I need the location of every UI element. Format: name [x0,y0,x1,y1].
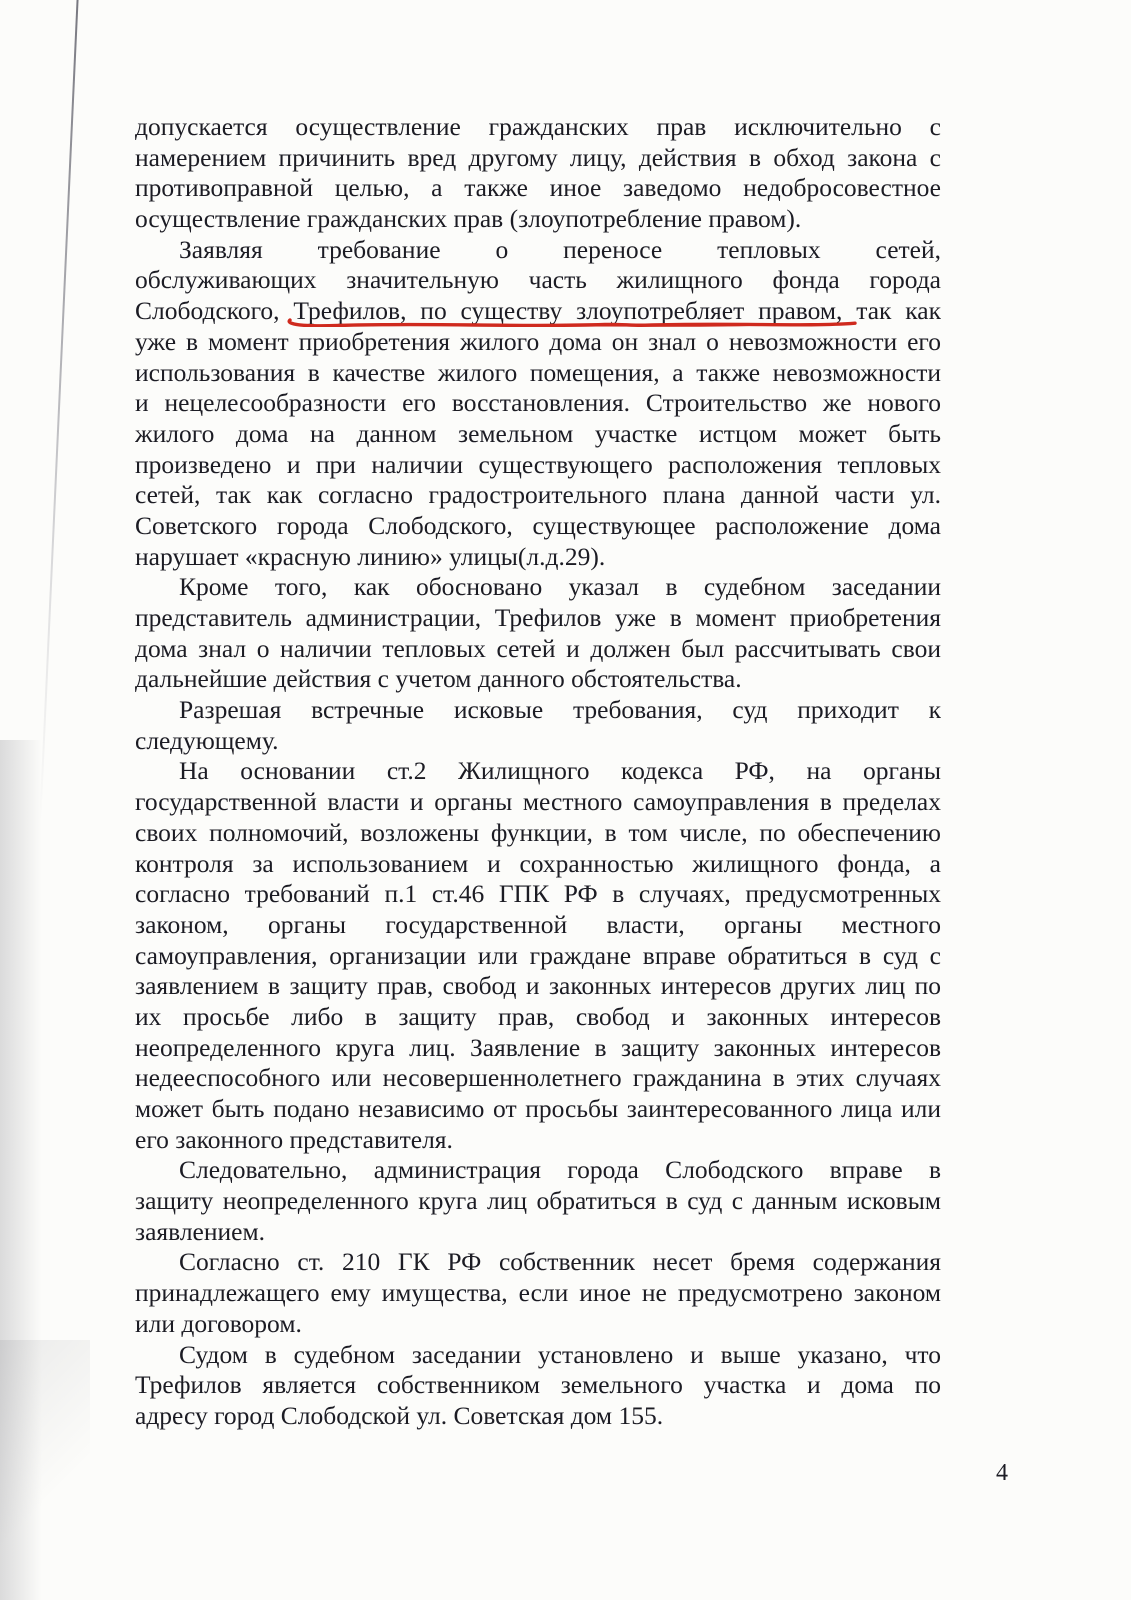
text-line: заявлением. [135,1217,941,1248]
text-line: Трефилов является собственником земельно… [135,1370,941,1401]
text-line: Советского города Слободского, существую… [135,511,941,542]
text-line: намерением причинить вред другому лицу, … [135,143,941,174]
underlined-text: Трефилов, по существу злоупотребляет пра… [293,296,842,325]
text-line: уже в момент приобретения жилого дома он… [135,327,941,358]
text-line: защиту неопределенного круга лиц обратит… [135,1186,941,1217]
text-line: произведено и при наличии существующего … [135,450,941,481]
text-line: Заявляя требование о переносе тепловых с… [135,235,941,266]
text-line: может быть подано независимо от просьбы … [135,1094,941,1125]
text-line: самоуправления, организации или граждане… [135,941,941,972]
text-line: Следовательно, администрация города Слоб… [135,1155,941,1186]
text-segment: Слободского, [135,296,280,325]
text-line: принадлежащего ему имущества, если иное … [135,1278,941,1309]
paragraph-2: Заявляя требование о переносе тепловых с… [135,235,941,573]
page-number: 4 [996,1460,1008,1487]
text-line: или договором. [135,1309,941,1340]
text-line: Разрешая встречные исковые требования, с… [135,695,941,726]
text-line: законом, органы государственной власти, … [135,910,941,941]
text-line-with-annotation: Слободского, Трефилов, по существу злоуп… [135,296,941,327]
scanned-court-document-page: допускается осуществление гражданских пр… [0,0,1131,1600]
paragraph-3: Кроме того, как обосновано указал в суде… [135,572,941,695]
text-line: нарушает «красную линию» улицы(л.д.29). [135,542,941,573]
text-line: государственной власти и органы местного… [135,787,941,818]
paragraph-6: Следовательно, администрация города Слоб… [135,1155,941,1247]
text-block: допускается осуществление гражданских пр… [135,112,941,1432]
paragraph-7: Согласно ст. 210 ГК РФ собственник несет… [135,1247,941,1339]
text-line: адресу город Слободской ул. Советская до… [135,1401,941,1432]
text-line: представитель администрации, Трефилов уж… [135,603,941,634]
text-line: Согласно ст. 210 ГК РФ собственник несет… [135,1247,941,1278]
paragraph-1: допускается осуществление гражданских пр… [135,112,941,235]
text-line: неопределенного круга лиц. Заявление в з… [135,1033,941,1064]
text-line: обслуживающих значительную часть жилищно… [135,265,941,296]
text-line: своих полномочий, возложены функции, в т… [135,818,941,849]
text-line: использования в качестве жилого помещени… [135,358,941,389]
text-line: согласно требований п.1 ст.46 ГПК РФ в с… [135,879,941,910]
text-line: их просьбе либо в защиту прав, свобод и … [135,1002,941,1033]
text-line: следующему. [135,726,941,757]
text-line: сетей, так как согласно градостроительно… [135,480,941,511]
scan-corner-shadow [0,1340,90,1600]
paragraph-4: Разрешая встречные исковые требования, с… [135,695,941,756]
text-line: жилого дома на данном земельном участке … [135,419,941,450]
text-line: противоправной целью, а также иное завед… [135,173,941,204]
text-line: дальнейшие действия с учетом данного обс… [135,664,941,695]
text-line: недееспособного или несовершеннолетнего … [135,1063,941,1094]
text-line: и нецелесообразности его восстановления.… [135,388,941,419]
text-line: заявлением в защиту прав, свобод и закон… [135,971,941,1002]
text-line: Кроме того, как обосновано указал в суде… [135,572,941,603]
text-line: допускается осуществление гражданских пр… [135,112,941,143]
text-line: Судом в судебном заседании установлено и… [135,1340,941,1371]
text-line: контроля за использованием и сохранность… [135,849,941,880]
text-line: осуществление гражданских прав (злоупотр… [135,204,941,235]
paragraph-8: Судом в судебном заседании установлено и… [135,1340,941,1432]
scan-page-edge-line [39,0,79,819]
text-line: На основании ст.2 Жилищного кодекса РФ, … [135,756,941,787]
text-segment: так как [856,296,941,325]
text-line: его законного представителя. [135,1125,941,1156]
text-line: дома знал о наличии тепловых сетей и дол… [135,634,941,665]
paragraph-5: На основании ст.2 Жилищного кодекса РФ, … [135,756,941,1155]
